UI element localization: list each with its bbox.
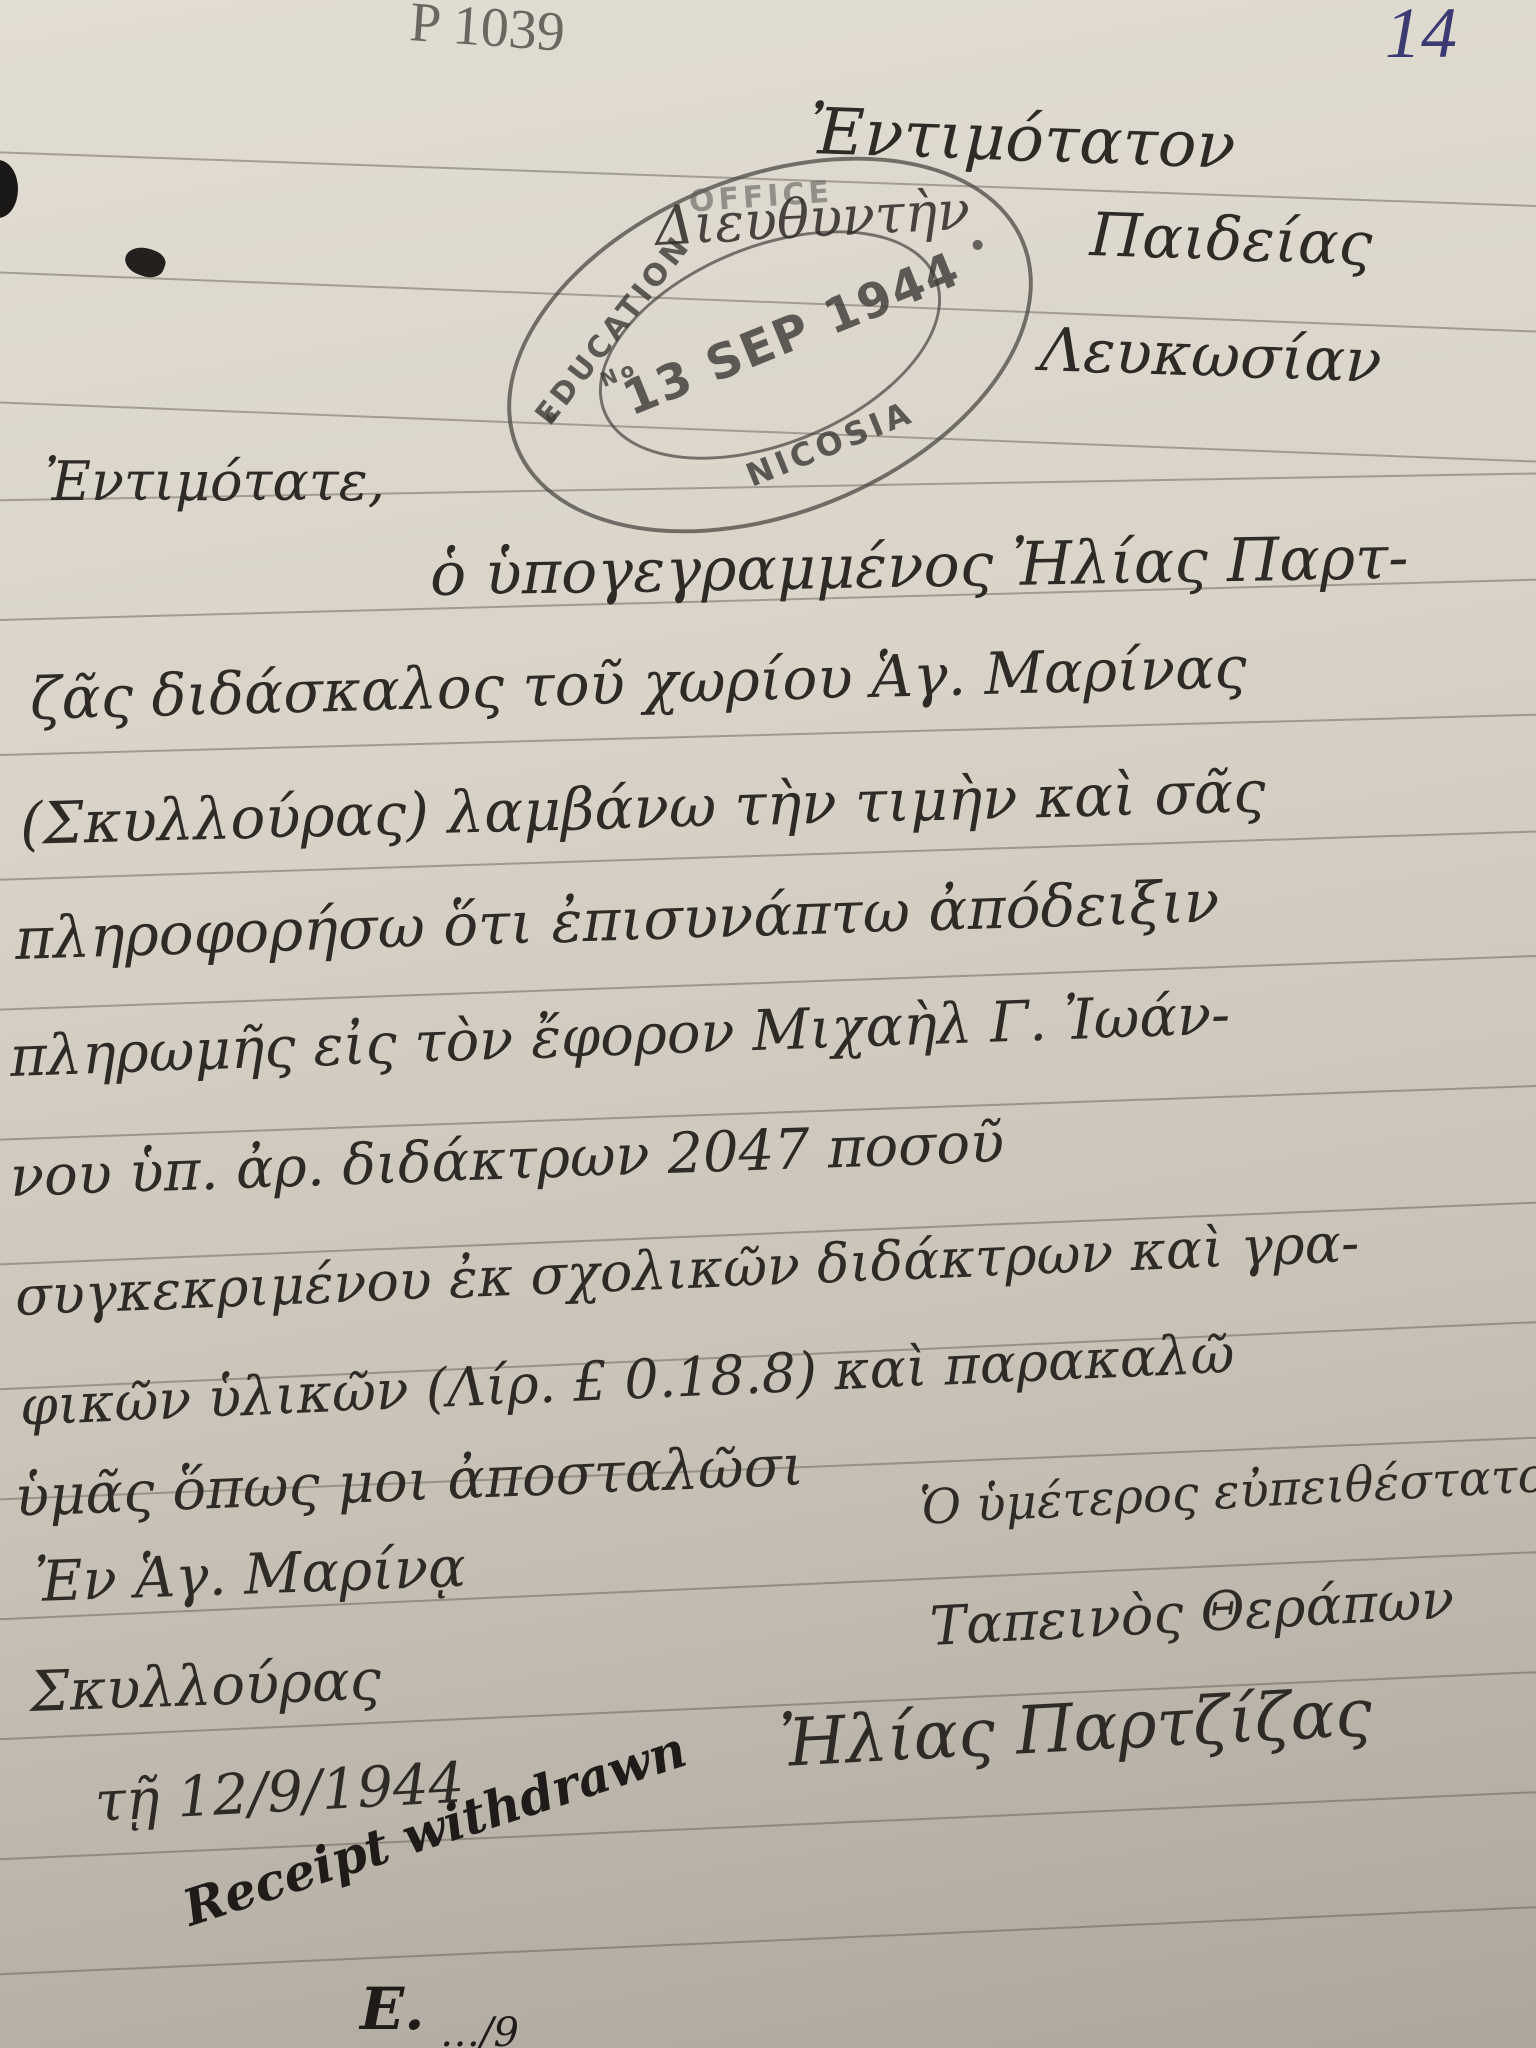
body-line: (Σκυλλούρας) λαμβάνω τὴν τιμὴν καὶ σᾶς xyxy=(19,757,1266,858)
addressee-line-3: Λευκωσίαν xyxy=(1039,315,1383,397)
annotation-date: …/9 xyxy=(440,2010,519,2048)
body-line: πληρωμῆς εἰς τὸν ἔφορον Μιχαὴλ Γ. Ἰωάν- xyxy=(9,982,1231,1090)
signature: Ἠλίας Παρτζίζας xyxy=(778,1674,1374,1782)
page-number: 14 xyxy=(1385,0,1457,75)
place-line-2: Σκυλλούρας xyxy=(29,1648,382,1725)
body-line: φικῶν ὑλικῶν (Λίρ. £ 0.18.8) καὶ παρακαλ… xyxy=(19,1322,1236,1438)
letter-page: P 1039 14 EDUCATION OFFICE No 13 SEP 194… xyxy=(0,0,1536,2048)
closing-line-2: Ταπεινὸς Θεράπων xyxy=(928,1568,1455,1658)
annotation-initials: E. xyxy=(360,1975,424,2043)
addressee-line-1: Ἐντιμότατον xyxy=(809,95,1237,184)
body-line: ζᾶς διδάσκαλος τοῦ χωρίου Ἁγ. Μαρίνας xyxy=(29,633,1247,733)
body-line: ὑμᾶς ὅπως μοι ἀποσταλῶσι xyxy=(14,1433,805,1530)
punch-hole xyxy=(0,160,18,218)
salutation: Ἐντιμότατε, xyxy=(45,450,385,513)
archive-reference: P 1039 xyxy=(408,0,567,65)
place-line-1: Ἐν Ἁγ. Μαρίνᾳ xyxy=(34,1535,467,1615)
addressee-line-2b: Παιδείας xyxy=(1089,200,1374,280)
body-line: πληροφορήσω ὅτι ἐπισυνάπτω ἀπόδειξιν xyxy=(14,867,1220,973)
body-line: συγκεκριμένου ἐκ σχολικῶν διδάκτρων καὶ … xyxy=(14,1211,1361,1328)
body-line: νου ὑπ. ἀρ. διδάκτρων 2047 ποσοῦ xyxy=(9,1110,1005,1210)
